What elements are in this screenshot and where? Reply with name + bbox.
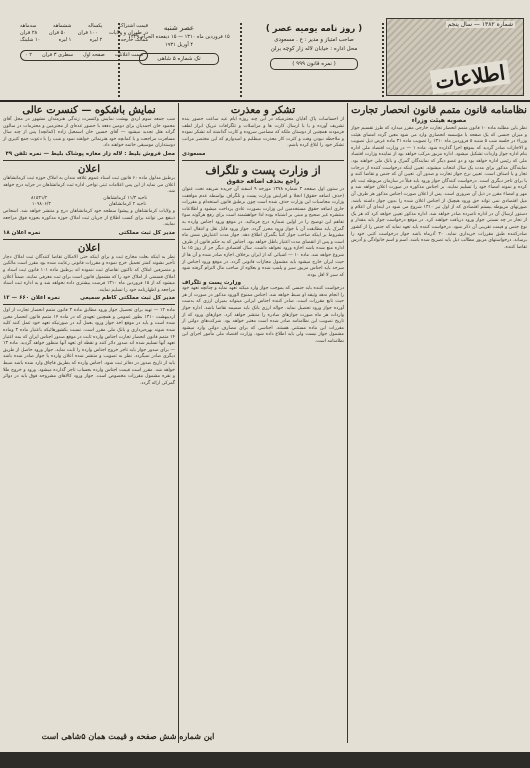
thanks-headline: تشکر و معذرت (182, 105, 344, 116)
subscription-prices: قیمت اشتراک یکساله ششماهه سه‌ماهه در طهر… (20, 23, 148, 61)
page-count-note: این شماره شش صفحه و قیمت همان ۵شاهی است (28, 731, 228, 741)
subscription-header: قیمت اشتراک یکساله ششماهه سه‌ماهه (20, 23, 148, 30)
notice-1-body-continued: و ولایات کرمانشاهان و پیشوا سطحه خود کرم… (3, 209, 175, 229)
divider (182, 160, 344, 161)
concert-body: شب جمعه سوم اردی بهشت نمایش وکنسرت زندگی… (3, 117, 175, 150)
scan-edge (0, 752, 530, 768)
newspaper-page: شماره ۱۳۸۲ — سال پنجم اطلاعات ( روز نامه… (0, 0, 530, 752)
masthead-divider (240, 23, 242, 97)
left-column: نمایش باشکوه — کنسرت عالی شب جمعه سوم ار… (0, 103, 178, 743)
single-copy-price: تک شماره ۵ شاهی (139, 53, 219, 65)
thanks-body: از احساسات پاک آقایان محترمیکه در این چن… (182, 117, 344, 150)
article-subheadline: مصوبه هیئت وزراء (351, 117, 527, 124)
notice-1-entry: ناحیه ۱۱/۳ کرمانشاهان ۸۱۵۳۱/۲ (3, 196, 175, 203)
masthead-divider (382, 23, 384, 97)
masthead: شماره ۱۳۸۲ — سال پنجم اطلاعات ( روز نامه… (0, 18, 530, 100)
divider (3, 304, 175, 305)
masthead-rule (0, 100, 530, 102)
brand-name: اطلاعات (429, 60, 510, 95)
notice-2-signature: مدیر کل ثبت مملکتی کاظم سمیعی نمره اعلان… (3, 295, 175, 301)
post-telegraph-body: در ستون اول صفحه ۳ شماره ۱۳۷۸ مورخه ۹ اس… (182, 187, 344, 279)
concert-headline: نمایش باشکوه — کنسرت عالی (3, 105, 175, 116)
ad-rates-box: قیمت اعلانات صفحه اول سطری ۳ قران ۲ ۰ (20, 50, 148, 61)
notice-1-entry: ناحیه ۲ کرمانشاهان ۱۰۹۸۰۶/۳ (3, 202, 175, 209)
newspaper-logo: شماره ۱۳۸۲ — سال پنجم اطلاعات (386, 18, 524, 96)
notice-1-signature: مدیر کل ثبت مملکتی نمره اعلان ۱۸ (3, 230, 175, 236)
post-telegraph-subheadline: راجع بحذف اضافه حقوق (182, 178, 344, 185)
office-address: محل اداره : خیابان لاله زار کوچه برلن (250, 46, 378, 52)
notice-2-headline: اعلان (3, 243, 175, 254)
issue-number: شماره ۱۳۸۲ — سال پنجم (446, 21, 515, 28)
legal-number-box: ( نمره قانون ۹۹۹ ) (270, 58, 358, 70)
divider (3, 239, 175, 240)
notice-1-body: برطبق مدلول ماده ۶۰ قانون ثبت اسناد عموم… (3, 176, 175, 196)
law-text-body: ماده ۱۲ — تهیه برای تحصیل جواز ورود مطاب… (3, 308, 175, 387)
post-telegraph-headline: از وزارت پست و تلگراف (182, 164, 344, 177)
article-headline: نظامنامه قانون متمم قانون انحصار تجارت (351, 105, 527, 116)
paper-tagline: ( روز نامه یومیه عصر ) (250, 24, 378, 34)
notice-2-body: نظر به اینکه بعلت مخارج ثبت و برای اینکه… (3, 255, 175, 295)
notice-1-headline: اعلان (3, 164, 175, 175)
concert-sale-point: محل فروش بلیط : لاله زار مغازه پوشاک بلی… (3, 151, 175, 157)
law-text-continued: درخواست کننده باید جنسی که بموجب جواز وا… (182, 286, 344, 345)
owner-line: صاحب امتیاز و مدیر : ع . مسعودی (250, 37, 378, 43)
subscription-row-domestic: در طهران و ولایات ۱۰۰ قران ۵۰ قران ۲۸ قر… (20, 30, 148, 37)
divider (3, 160, 175, 161)
article-trade-law: نظامنامه قانون متمم قانون انحصار تجارت م… (348, 103, 530, 743)
middle-column: تشکر و معذرت از احساسات پاک آقایان محترم… (178, 103, 348, 743)
thanks-signature: مسعودی (182, 151, 344, 157)
article-body: نظر باین مطلبه ماده ۱۰ قانون متمم انحصار… (351, 126, 527, 251)
subscription-row-foreign: ممالک خارجه ۲ لیره ۱ لیره ۱۰ شلینگ (20, 37, 148, 44)
masthead-title-block: ( روز نامه یومیه عصر ) صاحب امتیاز و مدی… (250, 24, 378, 70)
